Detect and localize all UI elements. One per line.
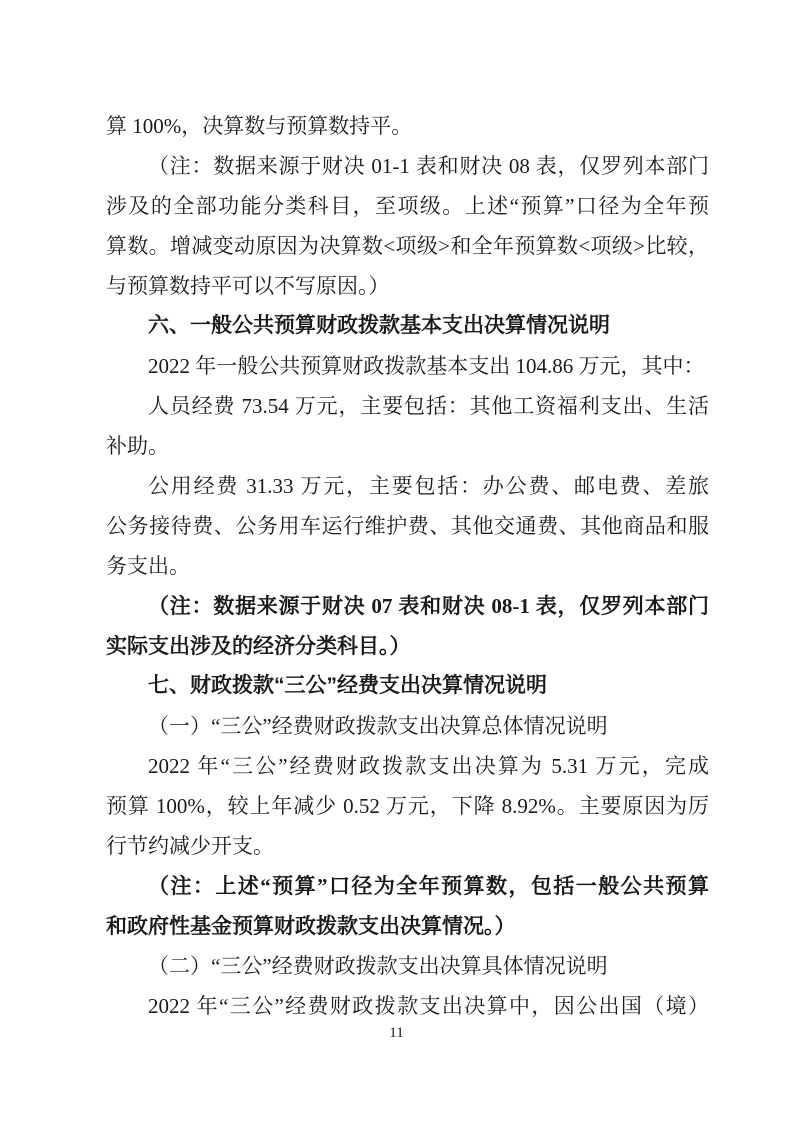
body-text-line: 务支出。 <box>106 546 709 586</box>
section-heading-six: 六、一般公共预算财政拨款基本支出决算情况说明 <box>106 306 709 346</box>
body-text-line: 2022 年“三公”经费财政拨款支出决算中，因公出国（境） <box>106 986 709 1026</box>
document-body: 算 100%，决算数与预算数持平。 （注：数据来源于财决 01-1 表和财决 0… <box>106 106 709 1026</box>
document-page: 算 100%，决算数与预算数持平。 （注：数据来源于财决 01-1 表和财决 0… <box>0 0 793 1122</box>
body-text-line: 预算 100%，较上年减少 0.52 万元，下降 8.92%。主要原因为厉 <box>106 786 709 826</box>
paragraph-continuation-line: 算 100%，决算数与预算数持平。 <box>106 106 709 146</box>
bold-note-line: 实际支出涉及的经济分类科目。） <box>106 626 709 666</box>
body-text-line: 人员经费 73.54 万元，主要包括：其他工资福利支出、生活 <box>106 386 709 426</box>
body-text-line: 公务接待费、公务用车运行维护费、其他交通费、其他商品和服 <box>106 506 709 546</box>
body-text-line: 公用经费 31.33 万元，主要包括：办公费、邮电费、差旅费、 <box>106 466 709 506</box>
bold-note-line: 和政府性基金预算财政拨款支出决算情况。） <box>106 906 709 946</box>
bold-note-line: （注：上述“预算”口径为全年预算数，包括一般公共预算 <box>106 866 709 906</box>
body-text-line: 2022 年“三公”经费财政拨款支出决算为 5.31 万元，完成 <box>106 746 709 786</box>
note-paragraph-line: 算数。增减变动原因为决算数<项级>和全年预算数<项级>比较， <box>106 226 709 266</box>
page-number: 11 <box>0 1024 793 1042</box>
subsection-heading-one: （一）“三公”经费财政拨款支出决算总体情况说明 <box>106 706 709 746</box>
body-text-line: 行节约减少开支。 <box>106 826 709 866</box>
note-paragraph-line: 涉及的全部功能分类科目，至项级。上述“预算”口径为全年预 <box>106 186 709 226</box>
note-paragraph-line: （注：数据来源于财决 01-1 表和财决 08 表，仅罗列本部门 <box>106 146 709 186</box>
bold-note-line: （注：数据来源于财决 07 表和财决 08-1 表，仅罗列本部门 <box>106 586 709 626</box>
body-text-line: 2022 年一般公共预算财政拨款基本支出 104.86 万元，其中： <box>106 346 709 386</box>
body-text-line: 补助。 <box>106 426 709 466</box>
section-heading-seven: 七、财政拨款“三公”经费支出决算情况说明 <box>106 666 709 706</box>
note-paragraph-line: 与预算数持平可以不写原因。） <box>106 266 709 306</box>
subsection-heading-two: （二）“三公”经费财政拨款支出决算具体情况说明 <box>106 946 709 986</box>
